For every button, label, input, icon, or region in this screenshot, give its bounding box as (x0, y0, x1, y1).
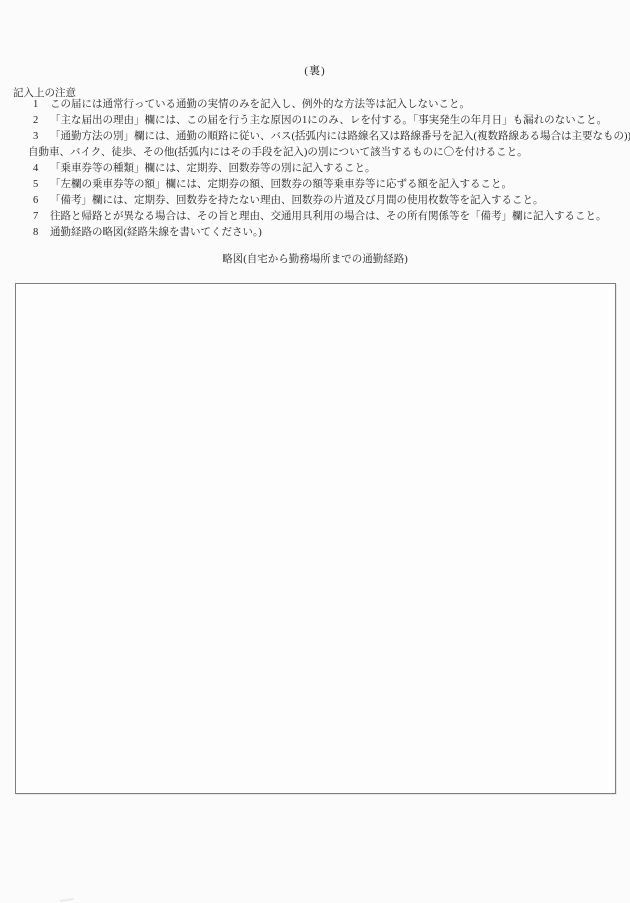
note-item-8: 8 通勤経路の略図(経路朱線を書いてください。) (0, 225, 630, 241)
note-number: 2 (33, 113, 50, 129)
note-text: 往路と帰路とが異なる場合は、その旨と理由、交通用具利用の場合は、その所有関係等を… (50, 209, 607, 225)
note-item-5: 5 「左欄の乗車券等の額」欄には、定期券の額、回数券の額等乗車券等に応ずる額を記… (0, 177, 630, 193)
note-item-4: 4 「乗車券等の種類」欄には、定期券、回数券等の別に記入すること。 (0, 161, 630, 177)
note-number: 8 (33, 225, 50, 241)
note-item-3: 3 「通勤方法の別」欄には、通勤の順路に従い、バス(括弧内には路線名又は路線番号… (0, 129, 630, 145)
note-item-6: 6 「備考」欄には、定期券、回数券を持たない理由、回数券の片道及び月間の使用枚数… (0, 193, 630, 209)
form-back-page: (裏) 記入上の注意 1 この届には通常行っている通勤の実情のみを記入し、例外的… (0, 0, 630, 903)
note-text: この届には通常行っている通勤の実情のみを記入し、例外的な方法等は記入しないこと。 (50, 97, 470, 113)
note-text: 「通勤方法の別」欄には、通勤の順路に従い、バス(括弧内には路線名又は路線番号を記… (50, 129, 630, 145)
note-number: 5 (33, 177, 50, 193)
notes-list: 1 この届には通常行っている通勤の実情のみを記入し、例外的な方法等は記入しないこ… (0, 97, 630, 241)
note-text: 「備考」欄には、定期券、回数券を持たない理由、回数券の片道及び月間の使用枚数等を… (50, 193, 544, 209)
note-text: 「左欄の乗車券等の額」欄には、定期券の額、回数券の額等乗車券等に応ずる額を記入す… (50, 177, 512, 193)
scan-artifact (60, 898, 74, 902)
page-side-label: (裏) (0, 62, 630, 78)
note-item-7: 7 往路と帰路とが異なる場合は、その旨と理由、交通用具利用の場合は、その所有関係… (0, 209, 630, 225)
note-item-3-continuation: 自動車、バイク、徒歩、その他(括弧内にはその手段を記入)の別について該当するもの… (0, 145, 630, 161)
note-text: 「主な届出の理由」欄には、この届を行う主な原因の1にのみ、レを付する。「事実発生… (50, 113, 607, 129)
route-map-caption: 略図(自宅から勤務場所までの通勤経路) (0, 251, 630, 266)
route-map-drawing-box (15, 283, 616, 794)
note-text: 「乗車券等の種類」欄には、定期券、回数券等の別に記入すること。 (50, 161, 376, 177)
note-text: 通勤経路の略図(経路朱線を書いてください。) (50, 225, 262, 241)
note-number: 3 (33, 129, 50, 145)
note-number: 6 (33, 193, 50, 209)
note-number: 4 (33, 161, 50, 177)
note-item-1: 1 この届には通常行っている通勤の実情のみを記入し、例外的な方法等は記入しないこ… (0, 97, 630, 113)
note-number: 7 (33, 209, 50, 225)
note-item-2: 2 「主な届出の理由」欄には、この届を行う主な原因の1にのみ、レを付する。「事実… (0, 113, 630, 129)
note-number: 1 (33, 97, 50, 113)
